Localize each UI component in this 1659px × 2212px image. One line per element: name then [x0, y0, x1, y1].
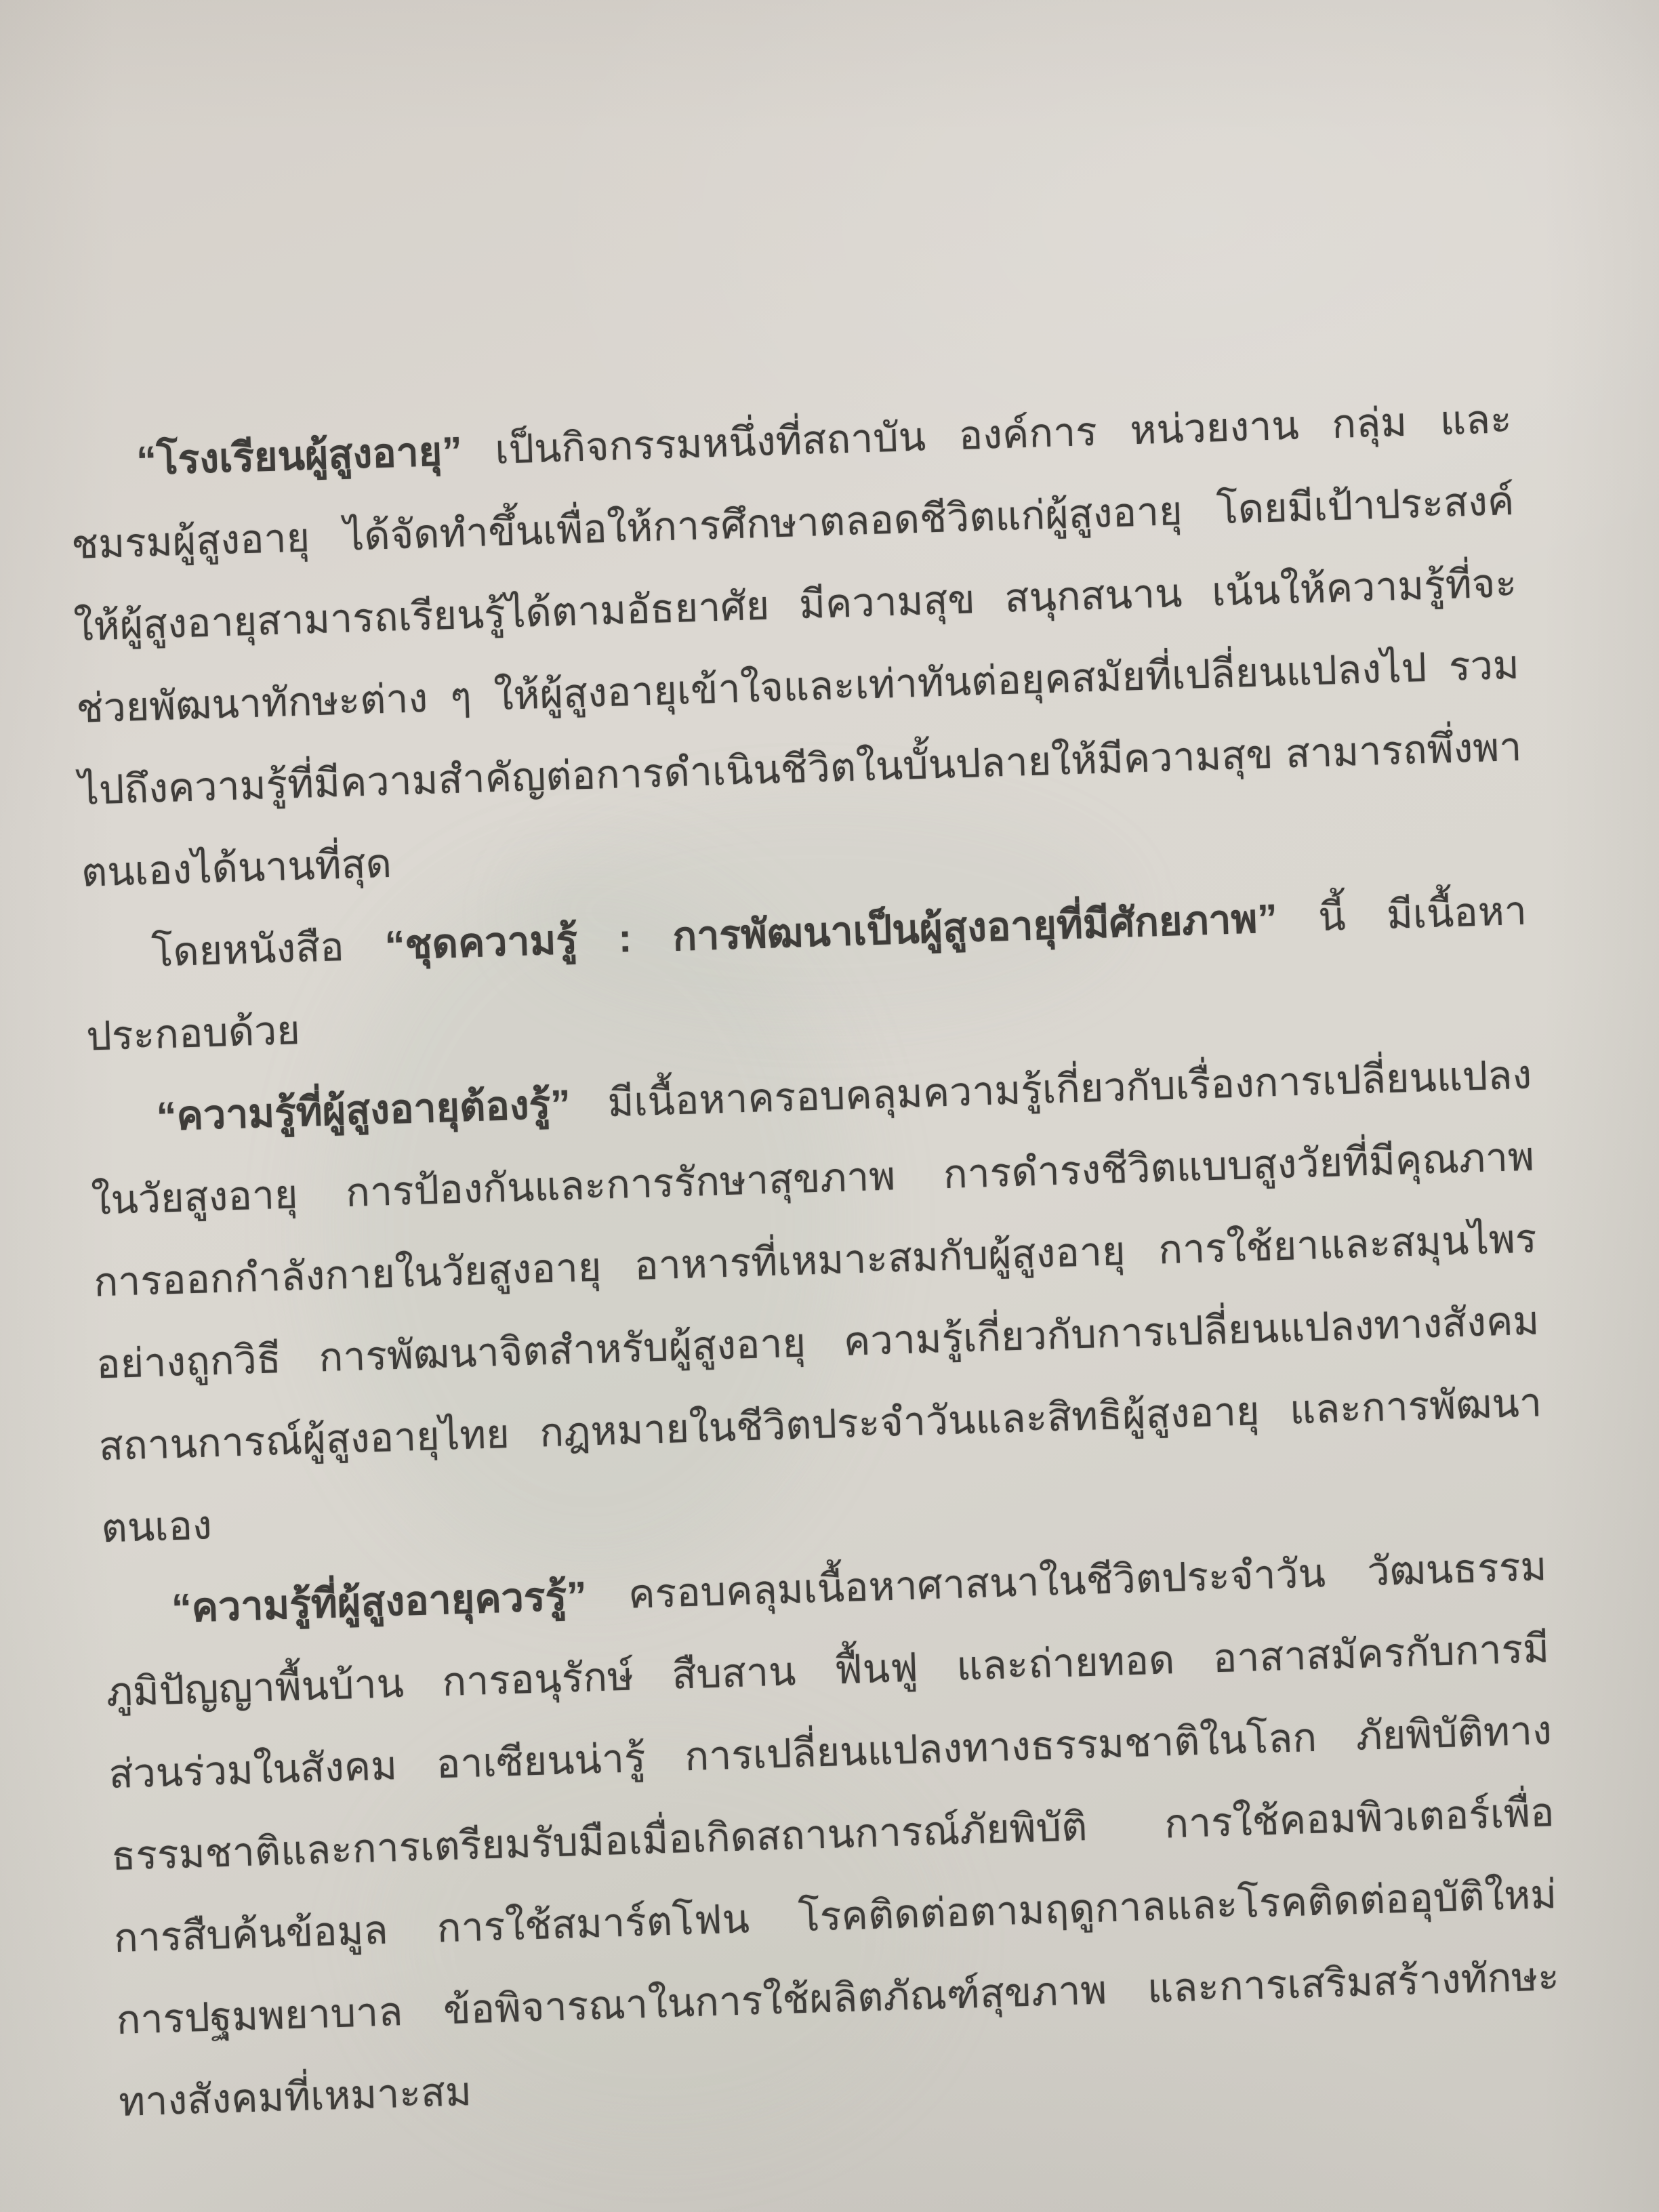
bold-text-segment: “ชุดความรู้ : การพัฒนาเป็นผู้สูงอายุที่ม… [384, 896, 1278, 968]
page-text: “โรงเรียนผู้สูงอายุ” เป็นกิจกรรมหนึ่งที่… [68, 378, 1563, 2144]
book-page-photo: “โรงเรียนผู้สูงอายุ” เป็นกิจกรรมหนึ่งที่… [0, 0, 1659, 2212]
text-segment: โดยหนังสือ [151, 923, 386, 975]
text-segment: ตนเองได้นานที่สุด [81, 841, 392, 895]
text-segment: มีเนื้อหาครอบคลุมความรู้เกี่ยวกับเรื่องก… [570, 1052, 1532, 1126]
bold-text-segment: “โรงเรียนผู้สูงอายุ” [136, 428, 462, 483]
text-segment: ครอบคลุมเนื้อหาศาสนาในชีวิตประจำวัน วัฒน… [586, 1544, 1548, 1618]
text-segment: นี้ มีเนื้อหา [1277, 888, 1528, 941]
text-segment: ตนเอง [101, 1502, 213, 1551]
bold-text-segment: “ความรู้ที่ผู้สูงอายุควรรู้” [171, 1574, 587, 1631]
text-segment: ทางสังคมที่เหมาะสม [118, 2069, 472, 2125]
text-segment: เป็นกิจกรรมหนึ่งที่สถาบัน องค์การ หน่วยง… [462, 396, 1513, 473]
bold-text-segment: “ความรู้ที่ผู้สูงอายุต้องรู้” [156, 1082, 571, 1139]
text-segment: ประกอบด้วย [85, 1008, 300, 1059]
